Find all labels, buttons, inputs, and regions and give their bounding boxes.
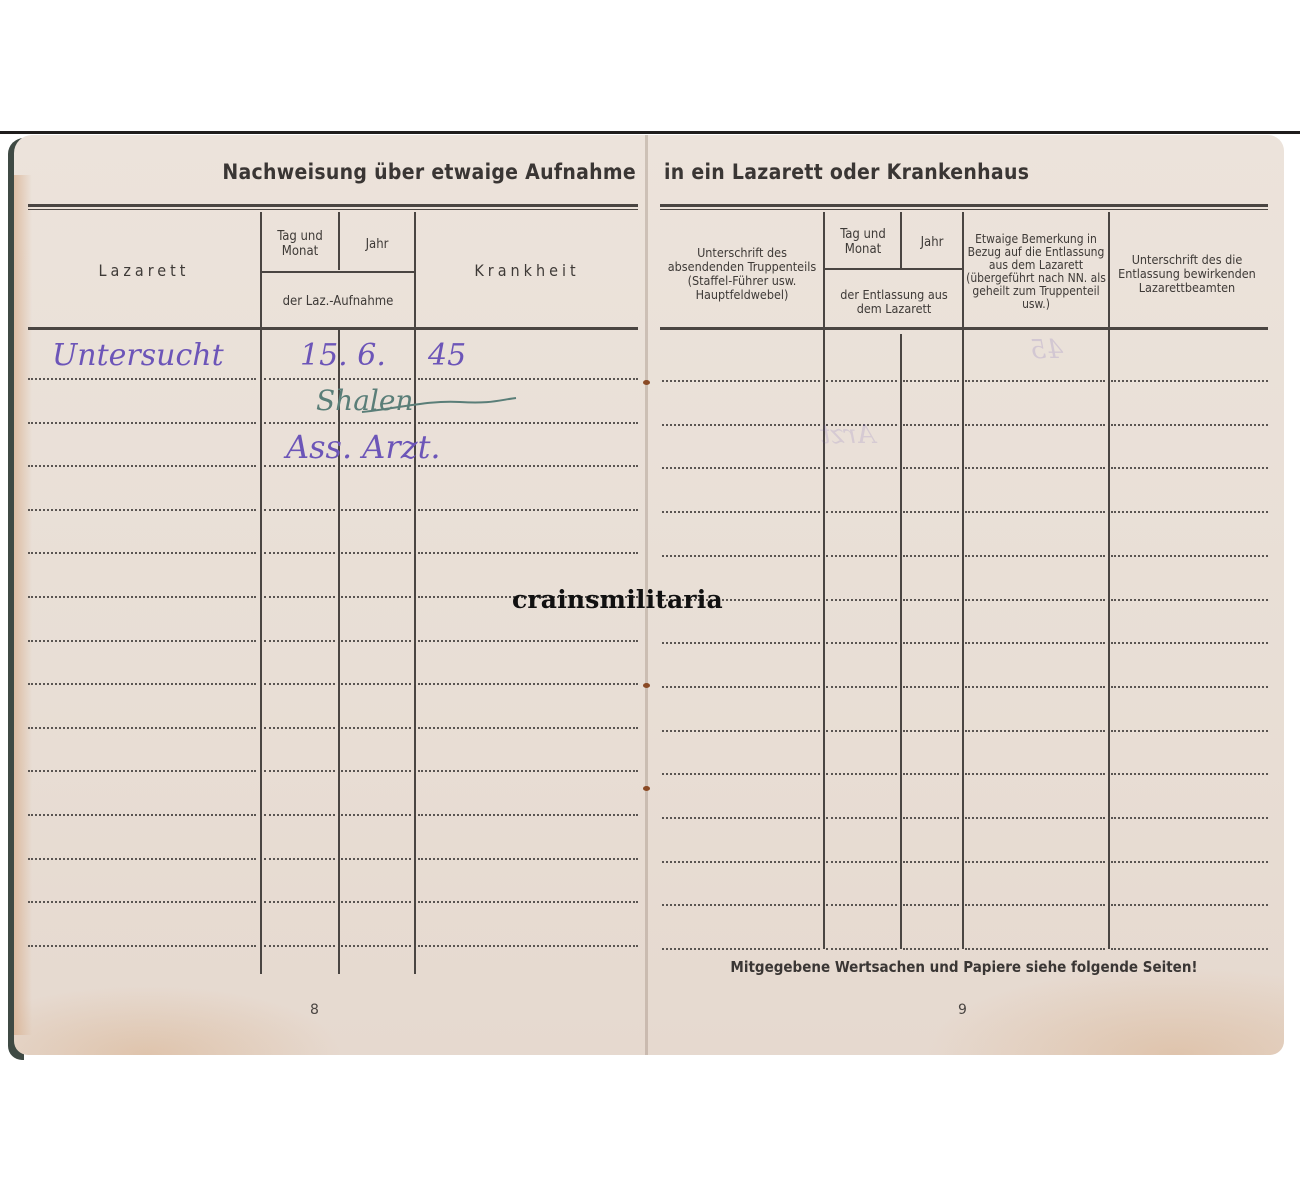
row-ruled-line	[662, 380, 820, 382]
row-ruled-line	[264, 770, 335, 772]
row-ruled-line	[1111, 773, 1268, 775]
row-ruled-line	[965, 642, 1105, 644]
row-ruled-line	[341, 770, 411, 772]
row-ruled-line	[965, 904, 1105, 906]
row-ruled-line	[662, 730, 820, 732]
bleed-through-ink: 45	[1030, 335, 1063, 365]
row-ruled-line	[28, 727, 256, 729]
header-unterschrift-truppenteil: Unterschrift des absendenden Truppenteil…	[662, 228, 822, 320]
left-col-divider	[338, 330, 340, 974]
row-ruled-line	[903, 599, 959, 601]
row-ruled-line	[1111, 467, 1268, 469]
row-ruled-line	[662, 861, 820, 863]
header-jahr-entlassung: Jahr	[902, 220, 962, 264]
row-ruled-line	[1111, 861, 1268, 863]
row-ruled-line	[341, 945, 411, 947]
row-ruled-line	[264, 727, 335, 729]
row-ruled-line	[264, 901, 335, 903]
page-number-right: 9	[958, 1002, 967, 1018]
row-ruled-line	[418, 814, 638, 816]
row-ruled-line	[28, 901, 256, 903]
row-ruled-line	[28, 858, 256, 860]
row-ruled-line	[965, 773, 1105, 775]
row-ruled-line	[28, 945, 256, 947]
row-ruled-line	[1111, 424, 1268, 426]
header-laz-aufnahme: der Laz.-Aufnahme	[262, 288, 414, 314]
row-ruled-line	[826, 686, 897, 688]
header-jahr: Jahr	[340, 222, 414, 266]
row-ruled-line	[903, 904, 959, 906]
row-ruled-line	[826, 511, 897, 513]
header-tag-und-monat-entlassung: Tag und Monat	[826, 220, 900, 264]
row-ruled-line	[418, 945, 638, 947]
entry-tag-monat: 15. 6.	[300, 338, 386, 373]
row-ruled-line	[903, 773, 959, 775]
right-subheader-rule	[823, 268, 962, 270]
row-ruled-line	[28, 683, 256, 685]
binding-hole	[643, 380, 650, 385]
row-ruled-line	[662, 424, 820, 426]
row-ruled-line	[418, 640, 638, 642]
row-ruled-line	[341, 683, 411, 685]
row-ruled-line	[965, 380, 1105, 382]
row-ruled-line	[264, 640, 335, 642]
row-ruled-line	[28, 640, 256, 642]
row-ruled-line	[1111, 817, 1268, 819]
row-ruled-line	[341, 640, 411, 642]
row-ruled-line	[662, 467, 820, 469]
row-ruled-line	[418, 901, 638, 903]
row-ruled-line	[903, 555, 959, 557]
row-ruled-line	[1111, 642, 1268, 644]
row-ruled-line	[662, 642, 820, 644]
row-ruled-line	[28, 422, 256, 424]
right-table-top-rule	[660, 204, 1268, 210]
row-ruled-line	[341, 378, 411, 380]
row-ruled-line	[965, 686, 1105, 688]
row-ruled-line	[662, 511, 820, 513]
row-ruled-line	[264, 945, 335, 947]
row-ruled-line	[341, 814, 411, 816]
row-ruled-line	[28, 509, 256, 511]
left-table-header-rule	[28, 327, 638, 330]
row-ruled-line	[418, 727, 638, 729]
row-ruled-line	[903, 380, 959, 382]
right-col-divider	[1108, 212, 1110, 949]
row-ruled-line	[965, 599, 1105, 601]
row-ruled-line	[28, 378, 256, 380]
watermark-text: crainsmilitaria	[512, 585, 723, 614]
row-ruled-line	[903, 817, 959, 819]
row-ruled-line	[341, 727, 411, 729]
left-table-top-rule	[28, 204, 638, 210]
footer-note: Mitgegebene Wertsachen und Papiere siehe…	[660, 958, 1268, 976]
left-col-divider	[414, 212, 416, 974]
row-ruled-line	[1111, 686, 1268, 688]
row-ruled-line	[826, 904, 897, 906]
row-ruled-line	[826, 555, 897, 557]
row-ruled-line	[903, 686, 959, 688]
header-krankheit: Krankheit	[416, 250, 638, 290]
row-ruled-line	[903, 424, 959, 426]
row-ruled-line	[1111, 380, 1268, 382]
binding-hole	[643, 683, 650, 688]
row-ruled-line	[965, 948, 1105, 950]
row-ruled-line	[264, 552, 335, 554]
row-ruled-line	[662, 555, 820, 557]
row-ruled-line	[264, 858, 335, 860]
header-bemerkung: Etwaige Bemerkung in Bezug auf die Entla…	[964, 218, 1108, 326]
row-ruled-line	[28, 770, 256, 772]
row-ruled-line	[826, 948, 897, 950]
row-ruled-line	[903, 642, 959, 644]
row-ruled-line	[903, 948, 959, 950]
row-ruled-line	[903, 861, 959, 863]
row-ruled-line	[826, 380, 897, 382]
row-ruled-line	[826, 467, 897, 469]
row-ruled-line	[965, 817, 1105, 819]
row-ruled-line	[826, 817, 897, 819]
row-ruled-line	[418, 378, 638, 380]
row-ruled-line	[903, 730, 959, 732]
row-ruled-line	[662, 904, 820, 906]
row-ruled-line	[965, 424, 1105, 426]
row-ruled-line	[965, 555, 1105, 557]
row-ruled-line	[1111, 599, 1268, 601]
row-ruled-line	[341, 509, 411, 511]
row-ruled-line	[903, 511, 959, 513]
row-ruled-line	[826, 599, 897, 601]
page-title-right: in ein Lazarett oder Krankenhaus	[664, 160, 1029, 184]
row-ruled-line	[264, 814, 335, 816]
row-ruled-line	[418, 770, 638, 772]
page-title-left: Nachweisung über etwaige Aufnahme	[222, 160, 636, 184]
row-ruled-line	[264, 509, 335, 511]
right-col-divider	[823, 212, 825, 949]
left-subheader-rule	[260, 271, 414, 273]
row-ruled-line	[965, 467, 1105, 469]
row-ruled-line	[264, 596, 335, 598]
row-ruled-line	[418, 552, 638, 554]
header-lazarett: Lazarett	[30, 250, 258, 290]
row-ruled-line	[826, 861, 897, 863]
row-ruled-line	[662, 773, 820, 775]
row-ruled-line	[418, 683, 638, 685]
row-ruled-line	[264, 378, 335, 380]
row-ruled-line	[826, 730, 897, 732]
left-col-divider	[260, 212, 262, 974]
row-ruled-line	[341, 596, 411, 598]
row-ruled-line	[1111, 555, 1268, 557]
entry-lazarett: Untersucht	[52, 338, 224, 373]
page-number-left: 8	[310, 1002, 319, 1018]
row-ruled-line	[341, 901, 411, 903]
row-ruled-line	[662, 817, 820, 819]
row-ruled-line	[1111, 904, 1268, 906]
binding-hole	[643, 786, 650, 791]
row-ruled-line	[418, 509, 638, 511]
row-ruled-line	[826, 642, 897, 644]
doctor-title: Ass. Arzt.	[286, 428, 441, 466]
right-table-header-rule	[660, 327, 1268, 330]
header-tag-und-monat: Tag und Monat	[262, 222, 338, 266]
header-unterschrift-beamten: Unterschrift des die Entlassung bewirken…	[1112, 228, 1262, 320]
header-entlassung-lazarett: der Entlassung aus dem Lazarett	[826, 280, 962, 324]
row-ruled-line	[341, 552, 411, 554]
row-ruled-line	[662, 948, 820, 950]
row-ruled-line	[1111, 730, 1268, 732]
row-ruled-line	[1111, 948, 1268, 950]
row-ruled-line	[264, 422, 335, 424]
signature-flourish	[360, 394, 520, 416]
row-ruled-line	[418, 422, 638, 424]
row-ruled-line	[28, 596, 256, 598]
row-ruled-line	[418, 858, 638, 860]
row-ruled-line	[341, 422, 411, 424]
row-ruled-line	[418, 465, 638, 467]
row-ruled-line	[28, 465, 256, 467]
row-ruled-line	[341, 858, 411, 860]
row-ruled-line	[1111, 511, 1268, 513]
row-ruled-line	[264, 683, 335, 685]
row-ruled-line	[903, 467, 959, 469]
row-ruled-line	[965, 861, 1105, 863]
row-ruled-line	[28, 552, 256, 554]
row-ruled-line	[28, 814, 256, 816]
scan-top-edge	[0, 131, 1300, 134]
entry-jahr: 45	[428, 338, 466, 373]
row-ruled-line	[965, 730, 1105, 732]
row-ruled-line	[965, 511, 1105, 513]
row-ruled-line	[662, 686, 820, 688]
right-col-divider	[900, 334, 902, 949]
bleed-through-ink: Arzt	[820, 420, 875, 450]
row-ruled-line	[826, 773, 897, 775]
